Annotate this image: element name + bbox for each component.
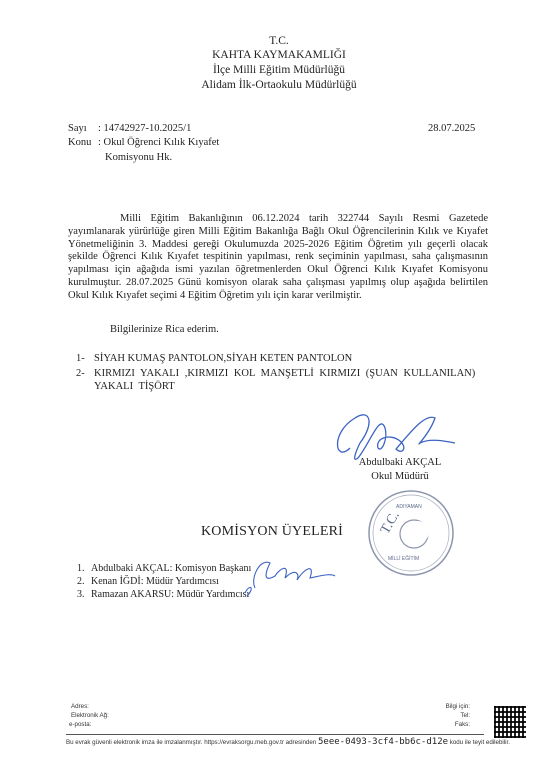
footer-tel: Tel:: [420, 712, 470, 720]
committee-member: 1.Abdulbaki AKÇAL: Komisyon Başkanı: [77, 562, 251, 575]
konu-label: Konu: [68, 136, 91, 149]
member-text: Kenan İĞDİ: Müdür Yardımcısı: [91, 576, 219, 587]
decision-item: 1-SİYAH KUMAŞ PANTOLON,SİYAH KETEN PANTO…: [76, 352, 496, 365]
konu-value-cont: Komisyonu Hk.: [105, 151, 172, 164]
member-number: 1.: [77, 562, 91, 575]
committee-title: KOMİSYON ÜYELERİ: [201, 524, 343, 540]
document-date: 28.07.2025: [428, 122, 475, 135]
footer-elektronik-ag: Elektronik Ağ:: [71, 712, 109, 720]
body-paragraph-text: Milli Eğitim Bakanlığının 06.12.2024 tar…: [68, 213, 488, 301]
footer-adres: Adres:: [71, 703, 89, 711]
footer-divider: [66, 734, 484, 735]
sayi-value: : 14742927-10.2025/1: [98, 122, 191, 135]
verification-code[interactable]: 5eee-0493-3cf4-bb6c-d12e: [318, 737, 448, 747]
member-text: Ramazan AKARSU: Müdür Yardımcısı: [91, 589, 249, 600]
decision-number: 2-: [76, 367, 94, 380]
stamp-center-text: T.C.: [378, 509, 403, 537]
decision-text: SİYAH KUMAŞ PANTOLON,SİYAH KETEN PANTOLO…: [94, 353, 352, 364]
header-ilce-mem: İlçe Milli Eğitim Müdürlüğü: [0, 63, 558, 77]
footer-faks: Faks:: [420, 721, 470, 729]
decision-number: 1-: [76, 352, 94, 365]
official-stamp: T.C. ADIYAMAN MİLLİ EĞİTİM: [366, 488, 456, 578]
sayi-label: Sayı: [68, 122, 87, 135]
decision-text: KIRMIZI YAKALI ,KIRMIZI KOL MANŞETLİ KIR…: [94, 368, 475, 392]
committee-signature: [235, 548, 345, 598]
member-number: 3.: [77, 588, 91, 601]
principal-name: Abdulbaki AKÇAL: [330, 456, 470, 469]
body-paragraph: Milli Eğitim Bakanlığının 06.12.2024 tar…: [68, 213, 488, 303]
closing-line: Bilgilerinize Rica ederim.: [110, 324, 219, 337]
principal-title: Okul Müdürü: [330, 470, 470, 483]
verification-line: Bu evrak güvenli elektronik imza ile imz…: [66, 738, 510, 747]
qr-code-icon[interactable]: [494, 706, 526, 738]
svg-text:MİLLİ EĞİTİM: MİLLİ EĞİTİM: [388, 555, 419, 562]
header-tc: T.C.: [0, 34, 558, 48]
verification-prefix: Bu evrak güvenli elektronik imza ile imz…: [66, 739, 316, 746]
committee-member: 3.Ramazan AKARSU: Müdür Yardımcısı: [77, 588, 249, 601]
member-number: 2.: [77, 575, 91, 588]
svg-text:ADIYAMAN: ADIYAMAN: [396, 504, 422, 510]
committee-member: 2.Kenan İĞDİ: Müdür Yardımcısı: [77, 575, 219, 588]
konu-value: : Okul Öğrenci Kılık Kıyafet: [98, 136, 219, 149]
member-text: Abdulbaki AKÇAL: Komisyon Başkanı: [91, 563, 251, 574]
verification-suffix: kodu ile teyit edilebilir.: [450, 739, 510, 746]
footer-bilgi: Bilgi için:: [420, 703, 470, 711]
decision-item: 2-KIRMIZI YAKALI ,KIRMIZI KOL MANŞETLİ K…: [76, 367, 514, 393]
header-school: Alidam İlk-Ortaokulu Müdürlüğü: [0, 78, 558, 92]
footer-eposta: e-posta:: [69, 721, 91, 729]
header-kaymakamlik: KAHTA KAYMAKAMLIĞI: [0, 48, 558, 62]
